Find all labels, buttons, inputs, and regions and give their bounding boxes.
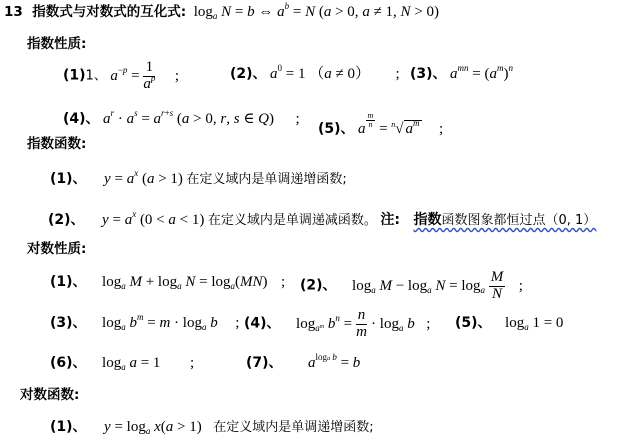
item-label: (3)、 xyxy=(50,315,87,331)
item-label: (5)、 xyxy=(455,315,492,331)
note-label: 注: xyxy=(380,212,400,228)
item-label: (1)、 xyxy=(50,419,87,435)
heading-exp-props: 指数性质: xyxy=(27,38,86,52)
item-text: 在定义域内是单调递增函数; xyxy=(186,172,346,187)
separator: ; xyxy=(175,68,179,84)
item-text: 在定义域内是单调递减函数。 xyxy=(208,213,377,228)
item-label: (4)、 xyxy=(244,316,281,332)
item-label: (5)、 xyxy=(318,121,355,137)
log-prop-7: (7)、 aloga b = b xyxy=(246,356,360,371)
item-extra: 1、 xyxy=(86,69,107,84)
item-label: (1) xyxy=(63,68,86,84)
log-prop-3: (3)、 loga bm = m · loga b ; xyxy=(50,316,239,331)
item-label: (6)、 xyxy=(50,355,87,371)
item-label: (3)、 xyxy=(410,66,447,82)
item-label: (2)、 xyxy=(230,66,267,82)
log-prop-5: (5)、 loga 1 = 0 xyxy=(455,316,563,331)
heading-exp-funcs: 指数函数: xyxy=(27,138,86,152)
item-label: (2)、 xyxy=(48,212,85,228)
exp-func-1: (1)、 y = ax (a > 1) 在定义域内是单调递增函数; xyxy=(50,172,347,187)
exp-prop-2: (2)、 a0 = 1 （a ≠ 0） ; xyxy=(230,67,400,82)
exp-func-2: (2)、 y = ax (0 < a < 1) 在定义域内是单调递减函数。 注:… xyxy=(48,213,596,228)
separator: ; xyxy=(396,66,400,82)
exp-prop-3: (3)、 amn = (am)n xyxy=(410,67,513,82)
item-label: (1)、 xyxy=(50,171,87,187)
note: 指数函数图象都恒过点（0, 1） xyxy=(414,213,597,228)
separator: ; xyxy=(439,121,443,137)
separator: ; xyxy=(296,111,300,127)
exp-prop-5: (5)、 amn = n√am ; xyxy=(318,112,443,137)
log-prop-1: (1)、 loga M + loga N = loga(MN) ; xyxy=(50,275,285,290)
item-text: 在定义域内是单调递增函数; xyxy=(213,420,373,435)
exp-prop-1: (1)1、 a−p = 1ap ; xyxy=(63,60,179,93)
log-prop-2: (2)、 loga M − loga N = loga MN ; xyxy=(300,270,523,303)
title-line: 13 指数式与对数式的互化式: loga N = b ⇔ ab = N (a >… xyxy=(4,5,439,20)
title-label: 指数式与对数式的互化式: xyxy=(32,4,186,20)
section-number: 13 xyxy=(4,4,23,20)
exp-prop-4: (4)、 ar · as = ar+s (a > 0, r, s ∈ Q) ; xyxy=(63,112,300,127)
heading-log-funcs: 对数函数: xyxy=(20,389,79,403)
log-prop-4: (4)、 logam bn = nm · loga b ; xyxy=(244,308,430,341)
item-label: (4)、 xyxy=(63,111,100,127)
title-formula: loga N = b ⇔ ab = N (a > 0, a ≠ 1, N > 0… xyxy=(194,4,439,20)
item-label: (7)、 xyxy=(246,355,283,371)
item-label: (1)、 xyxy=(50,274,87,290)
log-prop-6: (6)、 loga a = 1 ; xyxy=(50,356,194,371)
heading-log-props: 对数性质: xyxy=(27,243,86,257)
log-func-1: (1)、 y = loga x(a > 1) 在定义域内是单调递增函数; xyxy=(50,420,374,435)
item-label: (2)、 xyxy=(300,278,337,294)
